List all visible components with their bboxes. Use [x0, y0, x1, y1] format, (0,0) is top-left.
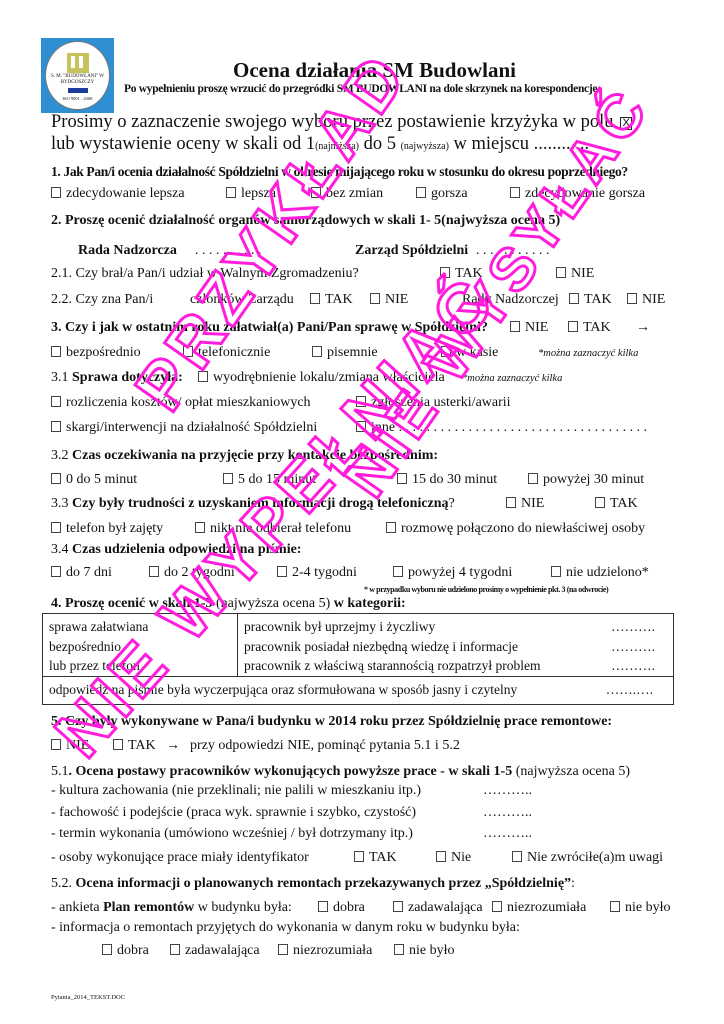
q31-opt-0[interactable]: wyodrębnienie lokalu/zmiana właściciela	[198, 370, 445, 386]
q51-title: 5.1. Ocena postawy pracowników wykonując…	[51, 764, 630, 780]
checkbox-icon	[278, 944, 288, 955]
checkbox-icon	[310, 293, 320, 304]
q33-opt-1[interactable]: nikt nie odbierał telefonu	[195, 521, 351, 537]
q22-zarzad-tak[interactable]: TAK	[310, 292, 353, 308]
q4-rating-0[interactable]: ……….	[611, 617, 655, 637]
checkbox-icon	[51, 421, 61, 432]
checkbox-icon	[510, 321, 520, 332]
arrow-right-icon: →	[636, 320, 650, 336]
q22-rada-tak[interactable]: TAK	[569, 292, 612, 308]
checkbox-icon	[551, 566, 561, 577]
checkbox-icon	[492, 901, 502, 912]
q33-opt-2[interactable]: rozmowę połączono do niewłaściwej osoby	[386, 521, 645, 537]
q2-rada-label: Rada Nadzorcza	[78, 243, 177, 259]
q3-tak[interactable]: TAK	[568, 320, 611, 336]
checkbox-icon	[51, 396, 61, 407]
checkbox-icon	[170, 944, 180, 955]
checkbox-icon	[312, 346, 322, 357]
q52-title: 5.2. Ocena informacji o planowanych remo…	[51, 876, 575, 892]
q31-opt-2[interactable]: zgłoszenia usterki/awarii	[356, 395, 511, 411]
q51-ident-tak[interactable]: TAK	[354, 850, 397, 866]
q34-opt-3[interactable]: powyżej 4 tygodni	[393, 565, 512, 581]
checkbox-icon	[393, 901, 403, 912]
checkbox-icon	[318, 901, 328, 912]
q2-zarzad-label: Zarząd Spółdzielni	[355, 243, 468, 259]
q31-opt-1[interactable]: rozliczenia kosztów/ opłat mieszkaniowyc…	[51, 395, 311, 411]
q1-opt-3[interactable]: gorsza	[416, 186, 468, 202]
arrow-right-icon: →	[166, 738, 180, 754]
checkbox-icon	[223, 473, 233, 484]
q52-plan-opt-1[interactable]: zadawalająca	[393, 900, 483, 916]
q52-info-opt-2[interactable]: niezrozumiała	[278, 943, 372, 959]
q32-opt-1[interactable]: 5 do 15 minut	[223, 472, 316, 488]
q32-opt-2[interactable]: 15 do 30 minut	[397, 472, 497, 488]
checkbox-icon	[51, 739, 61, 750]
q34-opt-0[interactable]: do 7 dni	[51, 565, 112, 581]
checkbox-icon	[51, 522, 61, 533]
checkbox-icon	[440, 267, 450, 278]
checkbox-icon	[102, 944, 112, 955]
checkbox-icon	[51, 566, 61, 577]
q32-opt-0[interactable]: 0 do 5 minut	[51, 472, 137, 488]
q4-row-0: pracownik był uprzejmy i życzliwy……….	[244, 617, 667, 637]
q1-opt-0[interactable]: zdecydowanie lepsza	[51, 186, 185, 202]
q5-nie[interactable]: NIE	[51, 738, 89, 754]
checkbox-icon	[436, 851, 446, 862]
q2-zarzad-rating[interactable]: . . . . . . . . . . .	[476, 243, 550, 259]
checkbox-icon	[627, 293, 637, 304]
q51-rating-2[interactable]: ………..	[483, 826, 532, 842]
q5-title: 5. Czy były wykonywane w Pana/i budynku …	[51, 714, 612, 730]
intro-line-2: lub wystawienie oceny w skali od 1(najni…	[51, 134, 589, 155]
q34-opt-2[interactable]: 2-4 tygodni	[277, 565, 357, 581]
q52-plan-opt-0[interactable]: dobra	[318, 900, 365, 916]
q22-label: 2.2. Czy zna Pan/i	[51, 292, 153, 308]
q2-rada-rating[interactable]: . . . . . . . . . .	[195, 243, 262, 259]
checkbox-icon	[198, 371, 208, 382]
q34-title: 3.4 Czas udzielenia odpowiedzi na piśmie…	[51, 542, 301, 558]
q1-opt-4[interactable]: zdecydowanie gorsza	[510, 186, 645, 202]
q3-channel-2[interactable]: pisemnie	[312, 345, 378, 361]
checkbox-icon	[528, 473, 538, 484]
q52-info-opt-3[interactable]: nie było	[394, 943, 455, 959]
q4-criteria-cell: pracownik był uprzejmy i życzliwy………. pr…	[238, 614, 674, 677]
checkbox-icon	[149, 566, 159, 577]
checkbox-icon	[393, 566, 403, 577]
checkbox-icon	[610, 901, 620, 912]
q31-title: 3.1 Sprawa dotyczyła:	[51, 370, 183, 386]
watermark-example: PRZYKŁAD	[120, 37, 424, 424]
logo-iso: ISO 9001 : 2008	[46, 96, 109, 101]
q4-written-cell: odpowiedź na piśmie była wyczerpująca or…	[43, 676, 674, 704]
q3-nie[interactable]: NIE	[510, 320, 548, 336]
q3-channel-0[interactable]: bezpośrednio	[51, 345, 141, 361]
q3-title: 3. Czy i jak w ostatnim roku załatwiał(a…	[51, 320, 488, 336]
checkbox-icon	[506, 497, 516, 508]
q34-footnote: * w przypadku wyboru nie udzielono prosi…	[364, 585, 608, 594]
q2-title: 2. Proszę ocenić działalność organów sam…	[51, 213, 560, 229]
q51-rating-0[interactable]: ………..	[483, 783, 532, 799]
q4-category-cell: sprawa załatwiana bezpośrednio lub przez…	[43, 614, 238, 677]
q33-nie[interactable]: NIE	[506, 496, 544, 512]
q4-rating-table: sprawa załatwiana bezpośrednio lub przez…	[42, 613, 674, 705]
q1-title: 1. Jak Pan/i ocenia działalność Spółdzie…	[51, 164, 628, 180]
checkbox-icon	[370, 293, 380, 304]
footer-filename: Pytania_2014_TEKST.DOC	[51, 994, 125, 1001]
checkbox-icon	[51, 346, 61, 357]
q4-rating-2[interactable]: ……….	[611, 656, 655, 676]
q22-rada-label: Rady Nadzorczej	[462, 292, 559, 308]
q31-note: *można zaznaczyć kilka	[462, 373, 562, 384]
q22-zarzad-nie[interactable]: NIE	[370, 292, 408, 308]
q21-label: 2.1. Czy brał/a Pan/i udział w Walnym Zg…	[51, 266, 359, 282]
q21-nie[interactable]: NIE	[556, 266, 594, 282]
q3-note: *można zaznaczyć kilka	[538, 348, 638, 359]
q52-plan-opt-2[interactable]: niezrozumiała	[492, 900, 586, 916]
q51-ident-nie[interactable]: Nie	[436, 850, 471, 866]
q34-opt-4[interactable]: nie udzielono*	[551, 565, 649, 581]
checkbox-icon	[311, 187, 321, 198]
q52-info-opt-0[interactable]: dobra	[102, 943, 149, 959]
q5-hint: przy odpowiedzi NIE, pominąć pytania 5.1…	[190, 738, 460, 754]
checkbox-icon	[569, 293, 579, 304]
checkbox-icon	[595, 497, 605, 508]
q1-opt-2[interactable]: bez zmian	[311, 186, 383, 202]
checkbox-icon	[397, 473, 407, 484]
checkbox-icon	[51, 473, 61, 484]
q52-info-label: - informacja o remontach przyjętych do w…	[51, 920, 520, 936]
q51-item-1: - fachowość i podejście (praca wyk. spra…	[51, 805, 416, 821]
q51-ident-unknown[interactable]: Nie zwróciłe(a)m uwagi	[512, 850, 663, 866]
q52-plan-label: - ankieta Plan remontów w budynku była:	[51, 900, 292, 916]
checkbox-icon	[510, 187, 520, 198]
q4-row-1: pracownik posiadał niezbędną wiedzę i in…	[244, 637, 667, 657]
checkbox-icon	[195, 522, 205, 533]
q4-title: 4. Proszę ocenić w skali 1-5 (najwyższa …	[51, 596, 406, 612]
q51-rating-1[interactable]: ………..	[483, 805, 532, 821]
q3-channel-1[interactable]: telefonicznie	[183, 345, 270, 361]
q22-zarzad-label: członków Zarządu	[190, 292, 294, 308]
logo-name: S. M. "BUDOWLANI" W BYDGOSZCZY	[46, 74, 109, 86]
checkbox-icon	[183, 346, 193, 357]
checkbox-icon	[394, 944, 404, 955]
q5-tak[interactable]: TAK	[113, 738, 156, 754]
page-subtitle: Po wypełnieniu proszę wrzucić do przegró…	[124, 83, 600, 95]
building-icon	[67, 53, 89, 73]
checkbox-icon	[386, 522, 396, 533]
checkbox-icon	[277, 566, 287, 577]
q51-item-0: - kultura zachowania (nie przeklinali; n…	[51, 783, 421, 799]
q32-title: 3.2 Czas oczekiwania na przyjęcie przy k…	[51, 448, 438, 464]
checkbox-icon	[568, 321, 578, 332]
q31-opt-3[interactable]: skargi/interwencji na działalność Spółdz…	[51, 420, 317, 436]
q51-item-2: - termin wykonania (umówiono wcześniej /…	[51, 826, 413, 842]
checkbox-icon	[113, 739, 123, 750]
q34-opt-1[interactable]: do 2 tygodni	[149, 565, 235, 581]
q33-opt-0[interactable]: telefon był zajęty	[51, 521, 163, 537]
q21-tak[interactable]: TAK	[440, 266, 483, 282]
q32-opt-3[interactable]: powyżej 30 minut	[528, 472, 644, 488]
q51-ident-label: - osoby wykonujące prace miały identyfik…	[51, 850, 309, 866]
q33-title: 3.3 Czy były trudności z uzyskaniem info…	[51, 496, 455, 512]
q1-opt-1[interactable]: lepsza	[226, 186, 276, 202]
q4-rating-written[interactable]: …….….	[606, 680, 653, 700]
checkbox-icon	[416, 187, 426, 198]
checkbox-icon	[556, 267, 566, 278]
checkbox-icon	[441, 346, 451, 357]
checkbox-icon	[226, 187, 236, 198]
q52-plan-opt-3[interactable]: nie było	[610, 900, 671, 916]
q33-tak[interactable]: TAK	[595, 496, 638, 512]
q52-info-opt-1[interactable]: zadawalająca	[170, 943, 260, 959]
checkbox-icon	[512, 851, 522, 862]
checkbox-icon	[356, 421, 366, 432]
tuv-badge	[68, 88, 88, 93]
checkbox-icon	[354, 851, 364, 862]
page-title: Ocena działania SM Budowlani	[233, 58, 516, 83]
q22-rada-nie[interactable]: NIE	[627, 292, 665, 308]
checked-box-icon: X	[620, 117, 632, 130]
q4-rating-1[interactable]: ……….	[611, 637, 655, 657]
q31-opt-4[interactable]: inne . . . . . . . . . . . . . . . . . .…	[356, 420, 647, 436]
cooperative-logo: S. M. "BUDOWLANI" W BYDGOSZCZY ISO 9001 …	[41, 38, 114, 113]
checkbox-icon	[51, 187, 61, 198]
q4-row-2: pracownik z właściwą starannością rozpat…	[244, 656, 667, 676]
q3-channel-3[interactable]: w kasie	[441, 345, 498, 361]
intro-line-1: Prosimy o zaznaczenie swojego wyboru prz…	[51, 112, 632, 133]
checkbox-icon	[356, 396, 366, 407]
